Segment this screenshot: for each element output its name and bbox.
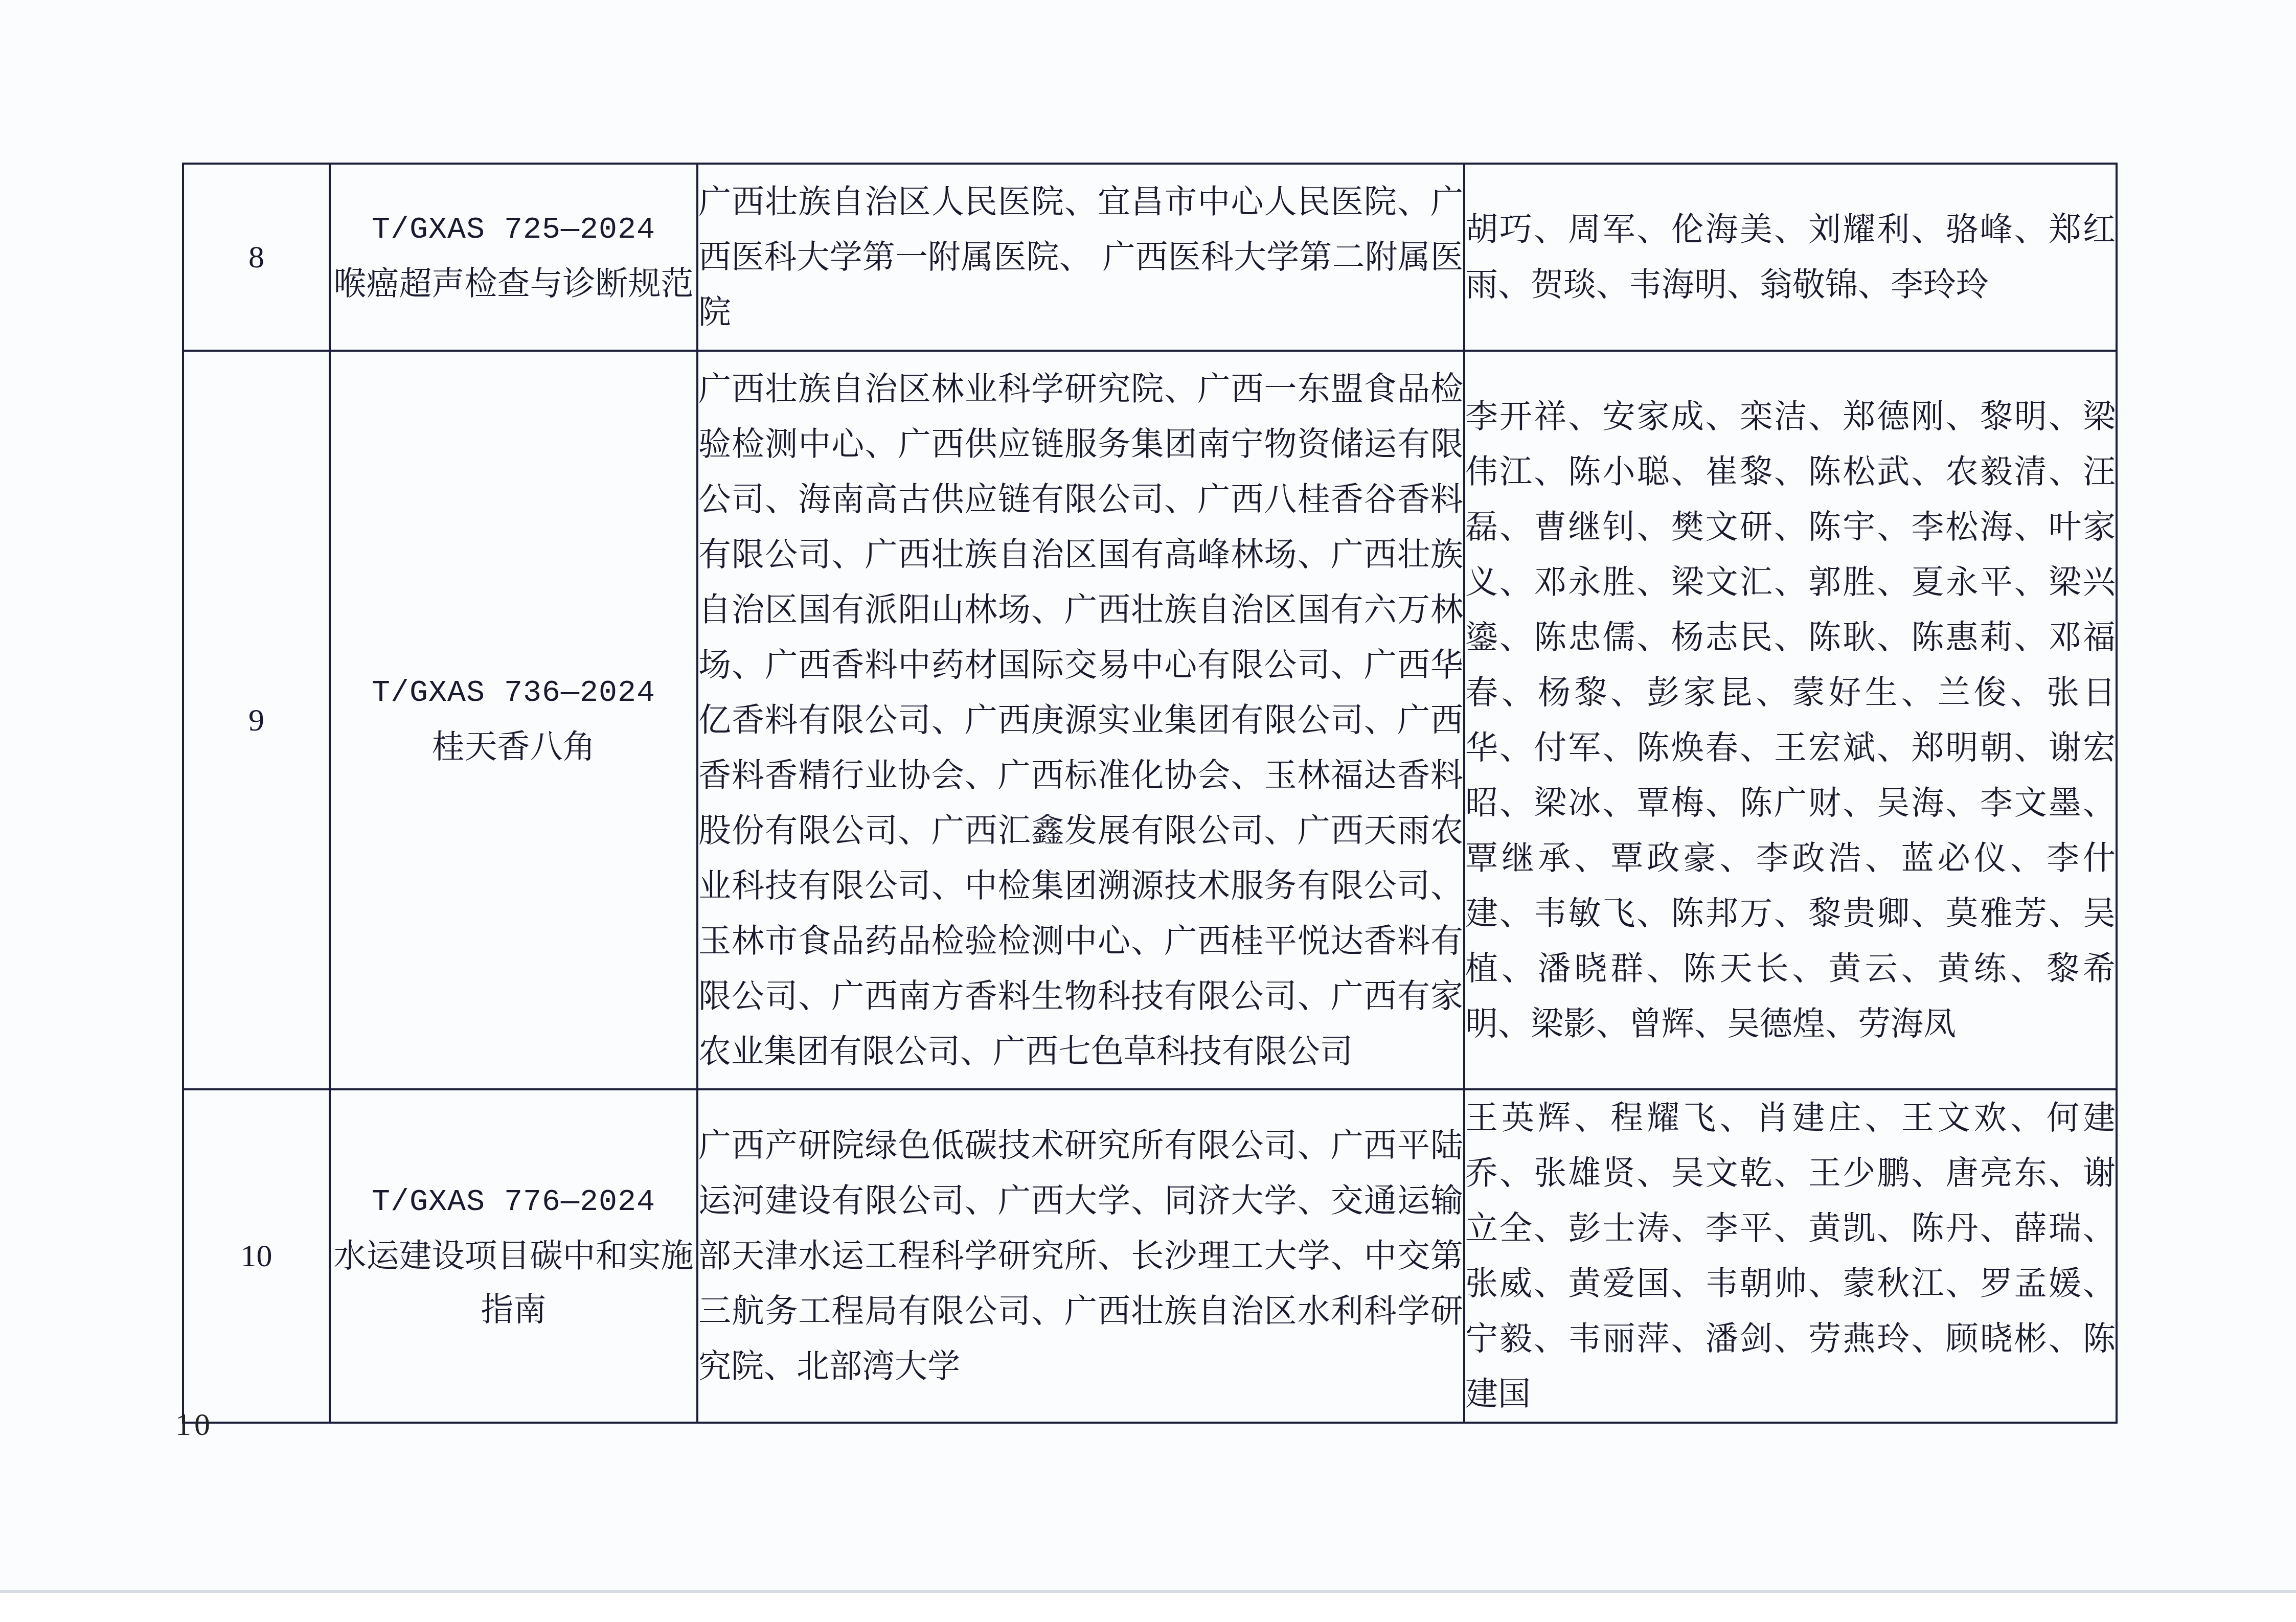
standard-title: 水运建设项目碳中和实施指南: [331, 1229, 696, 1337]
table-row: 10 T/GXAS 776—2024 水运建设项目碳中和实施指南 广西产研院绿色…: [183, 1089, 2117, 1423]
standard-code: T/GXAS 776—2024: [331, 1176, 696, 1229]
table-row: 9 T/GXAS 736—2024 桂天香八角 广西壮族自治区林业科学研究院、广…: [183, 351, 2117, 1089]
drafting-people: 胡巧、周军、伦海美、刘耀利、骆峰、郑红雨、贺琰、韦海明、翁敬锦、李玲玲: [1464, 164, 2117, 351]
standards-drafting-table: 8 T/GXAS 725—2024 喉癌超声检查与诊断规范 广西壮族自治区人民医…: [182, 163, 2118, 1424]
standard-code: T/GXAS 736—2024: [331, 667, 696, 720]
document-page: 8 T/GXAS 725—2024 喉癌超声检查与诊断规范 广西壮族自治区人民医…: [0, 0, 2296, 1622]
scan-bottom-margin: [0, 1593, 2296, 1622]
standard-title: 喉癌超声检查与诊断规范: [331, 257, 696, 311]
page-number: 10: [175, 1407, 213, 1443]
drafting-people: 李开祥、安家成、栾洁、郑德刚、黎明、梁伟江、陈小聪、崔黎、陈松武、农毅清、汪磊、…: [1464, 351, 2117, 1089]
drafting-organizations: 广西壮族自治区人民医院、宜昌市中心人民医院、广西医科大学第一附属医院、 广西医科…: [697, 164, 1464, 351]
standard-cell: T/GXAS 736—2024 桂天香八角: [330, 351, 697, 1089]
standard-cell: T/GXAS 725—2024 喉癌超声检查与诊断规范: [330, 164, 697, 351]
standard-code: T/GXAS 725—2024: [331, 203, 696, 257]
row-number: 8: [183, 164, 330, 351]
table-row: 8 T/GXAS 725—2024 喉癌超声检查与诊断规范 广西壮族自治区人民医…: [183, 164, 2117, 351]
standard-cell: T/GXAS 776—2024 水运建设项目碳中和实施指南: [330, 1089, 697, 1423]
row-number: 9: [183, 351, 330, 1089]
row-number: 10: [183, 1089, 330, 1423]
drafting-organizations: 广西产研院绿色低碳技术研究所有限公司、广西平陆运河建设有限公司、广西大学、同济大…: [697, 1089, 1464, 1423]
standard-title: 桂天香八角: [331, 720, 696, 774]
drafting-people: 王英辉、程耀飞、肖建庄、王文欢、何建乔、张雄贤、吴文乾、王少鹏、唐亮东、谢立全、…: [1464, 1089, 2117, 1423]
drafting-organizations: 广西壮族自治区林业科学研究院、广西一东盟食品检验检测中心、广西供应链服务集团南宁…: [697, 351, 1464, 1089]
